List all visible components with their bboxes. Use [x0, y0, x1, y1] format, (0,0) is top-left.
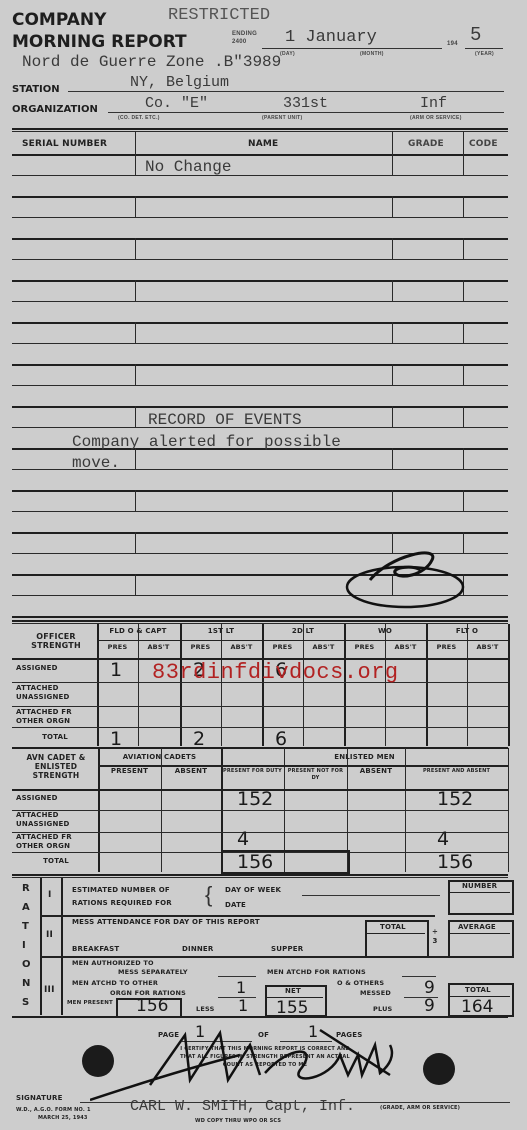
watermark: 83rdinfdivdocs.org: [152, 660, 399, 685]
form-title-company: COMPANY: [12, 10, 106, 30]
roster-column-divider: [392, 322, 393, 343]
officer-cell: 1: [110, 659, 122, 681]
total3-label: TOTAL: [465, 986, 491, 994]
organization-label: ORGANIZATION: [12, 104, 98, 115]
roster-column-divider: [135, 448, 136, 469]
officer-row-label: ATTACHED FR OTHER ORGN: [16, 708, 94, 726]
rations-day-of-week-label: DAY OF WEEK: [225, 886, 281, 894]
grade-sublabel: (GRADE, ARM OR SERVICE): [380, 1105, 460, 1112]
roster-header-rule: [12, 154, 508, 156]
roster-rule: [12, 490, 508, 492]
enlisted-cell: 4: [237, 828, 249, 850]
divide-by-three: ÷ 3: [431, 928, 439, 946]
form-id-1: W.D., A.G.O. FORM NO. 1: [16, 1107, 91, 1114]
rations-top-rule: [12, 874, 508, 876]
roster-rule: [12, 343, 508, 344]
rations-letter: I: [22, 940, 26, 951]
org-sublabel-company: (CO. DET. ETC.): [118, 115, 160, 121]
rations-sec2-rule: [40, 956, 508, 958]
average-label: AVERAGE: [458, 923, 496, 931]
roster-column-divider: [392, 406, 393, 427]
enlisted-cell: 152: [237, 788, 273, 810]
roster-column-divider: [463, 448, 464, 469]
roster-header-divider: [463, 132, 464, 154]
roster-rule: [12, 280, 508, 282]
officer-subcol: ABS'T: [138, 644, 179, 651]
morning-report-form: COMPANY MORNING REPORT RESTRICTED ENDING…: [0, 0, 527, 1130]
enlisted-strength-title: AVN CADET & ENLISTED STRENGTH: [14, 753, 98, 780]
roster-column-divider: [135, 154, 136, 175]
o-others-value: 9: [424, 978, 435, 998]
officer-subcol: PRES: [262, 644, 303, 651]
org-underline: [108, 112, 504, 113]
enlisted-col-header: PRESENT NOT FOR DY: [284, 768, 347, 782]
roster-column-divider: [392, 490, 393, 511]
signature-label: SIGNATURE: [16, 1094, 63, 1102]
handwritten-signature: [90, 1025, 420, 1105]
classification-stamp: RESTRICTED: [168, 6, 270, 25]
roster-rule: [12, 238, 508, 240]
roster-header-divider: [135, 132, 136, 154]
o-others-2: MESSED: [360, 990, 391, 997]
officer-row-label: TOTAL: [16, 733, 94, 742]
roster-top-rule: [12, 128, 508, 130]
officer-group-2: 2D LT: [262, 627, 344, 635]
roster-rule: [12, 259, 508, 260]
men-present-value: 156: [136, 996, 168, 1016]
enlisted-cell: 156: [437, 851, 473, 873]
rations-letter: T: [22, 921, 29, 932]
record-of-events-line1: Company alerted for possible: [72, 433, 341, 451]
binder-hole-right-icon: [423, 1053, 455, 1085]
atchd-other-1: MEN ATCHD TO OTHER: [72, 980, 158, 987]
roster-column-divider: [135, 532, 136, 553]
officer-row-label: ASSIGNED: [16, 664, 94, 673]
org-company: Co. "E": [145, 95, 208, 112]
officer-col-divider: [508, 624, 510, 746]
enlisted-row-label: ATTACHED UNASSIGNED: [16, 811, 96, 829]
enlisted-cell: 4: [437, 828, 449, 850]
roster-column-divider: [463, 238, 464, 259]
report-date: 1 January: [285, 28, 377, 47]
year-sublabel: (YEAR): [475, 51, 494, 57]
year-prefix: 194: [447, 41, 458, 47]
officer-group-3: WO: [344, 627, 426, 635]
roster-column-divider: [463, 364, 464, 385]
officer-subcol: PRES: [426, 644, 467, 651]
roster-column-divider: [463, 280, 464, 301]
roster-column-divider: [392, 364, 393, 385]
roster-rule: [12, 217, 508, 218]
station-underline: [68, 91, 504, 92]
atchd-other-underline: [218, 997, 256, 998]
roster-column-divider: [463, 322, 464, 343]
officer-strength-title: OFFICER STRENGTH: [20, 632, 92, 650]
roster-column-divider: [463, 196, 464, 217]
rations-sec3-num: III: [44, 985, 55, 995]
rations-divider-1: [40, 878, 42, 1015]
roster-rule: [12, 364, 508, 366]
officer-subcol: ABS'T: [467, 644, 508, 651]
roster-rule: [12, 322, 508, 324]
mess-separately-2: MESS SEPARATELY: [118, 969, 188, 976]
roster-column-divider: [135, 322, 136, 343]
col-name: NAME: [248, 139, 278, 149]
officer-subcol: PRES: [97, 644, 138, 651]
roster-column-divider: [392, 448, 393, 469]
report-year: 5: [470, 24, 481, 46]
roster-column-divider: [392, 196, 393, 217]
station-value: NY, Belgium: [130, 74, 229, 91]
rations-sec1-rule: [40, 915, 435, 917]
atchd-other-value: 1: [236, 978, 246, 997]
enlisted-col-header: PRESENT FOR DUTY: [221, 768, 284, 775]
signer-name: CARL W. SMITH, Capt, Inf.: [130, 1098, 355, 1115]
officer-group-rule: [97, 640, 508, 641]
copy-note: WD COPY THRU WPO OR SCS: [195, 1118, 281, 1125]
roster-rule: [12, 406, 508, 408]
rations-divider-2: [61, 878, 63, 1015]
men-atchd-for-rations-field[interactable]: [402, 976, 436, 977]
plus-label: PLUS: [373, 1006, 392, 1013]
mess-separately-1: MEN AUTHORIZED TO: [72, 960, 154, 967]
col-grade: GRADE: [408, 139, 444, 149]
less-value: 1: [238, 996, 248, 1015]
roster-column-divider: [135, 574, 136, 595]
roster-column-divider: [463, 154, 464, 175]
officer-subcol: ABS'T: [303, 644, 344, 651]
roster-column-divider: [135, 238, 136, 259]
rations-bottom-rule: [12, 1016, 508, 1018]
roster-column-divider: [135, 280, 136, 301]
rations-top-rule-2: [12, 877, 508, 878]
year-underline: [465, 48, 503, 49]
roster-top-rule-2: [12, 131, 508, 132]
org-sublabel-arm: (ARM OR SERVICE): [410, 115, 462, 121]
col-serial-number: SERIAL NUMBER: [22, 139, 107, 149]
roster-column-divider: [463, 490, 464, 511]
station-label: STATION: [12, 84, 60, 95]
roster-column-divider: [135, 490, 136, 511]
enlisted-cell: 152: [437, 788, 473, 810]
rations-sec1-num: I: [48, 890, 52, 900]
officer-group-4: FLT O: [426, 627, 508, 635]
roster-column-divider: [392, 154, 393, 175]
officer-group-1: 1ST LT: [180, 627, 262, 635]
officer-top-rule: [12, 620, 508, 622]
enlisted-total-box: [221, 850, 350, 874]
month-sublabel: (MONTH): [360, 51, 384, 57]
record-of-events-line2: move.: [72, 454, 120, 472]
org-arm: Inf: [420, 95, 447, 112]
enlisted-row-label: ATTACHED FR OTHER ORGN: [16, 833, 96, 851]
aviation-cadets-label: AVIATION CADETS: [98, 753, 221, 761]
brace-icon: {: [205, 882, 212, 908]
day-sublabel: (DAY): [280, 51, 295, 57]
enlisted-group-rule: [98, 765, 508, 767]
rations-letter: S: [22, 997, 29, 1008]
officer-row-rule: [12, 706, 508, 707]
location-line: Nord de Guerre Zone .B"3989: [22, 53, 281, 71]
roster-rule: [12, 532, 508, 534]
rations-letter: N: [22, 978, 31, 989]
roster-column-divider: [392, 238, 393, 259]
rations-sec1-text2: RATIONS REQUIRED FOR: [72, 899, 172, 907]
enlisted-row-label: TOTAL: [16, 857, 96, 866]
record-of-events-heading: RECORD OF EVENTS: [148, 411, 302, 429]
average-rule: [450, 933, 510, 934]
org-sublabel-parent: (PARENT UNIT): [262, 115, 302, 121]
enlisted-col-header: PRESENT: [98, 768, 161, 775]
officer-top-rule-2: [12, 623, 508, 624]
officer-subcol: ABS'T: [385, 644, 426, 651]
enlisted-row-label: ASSIGNED: [16, 794, 96, 803]
form-title-morning-report: MORNING REPORT: [12, 32, 187, 52]
form-id-2: MARCH 25, 1943: [38, 1115, 88, 1122]
roster-rule: [12, 175, 508, 176]
enlisted-col-header: ABSENT: [347, 768, 405, 775]
officer-subcol: ABS'T: [221, 644, 262, 651]
o-others-1: O & OTHERS: [337, 980, 384, 987]
org-parent-unit: 331st: [283, 95, 328, 112]
net-value: 155: [276, 998, 308, 1018]
supper-label: SUPPER: [271, 945, 303, 953]
roster-first-entry: No Change: [145, 158, 231, 176]
roster-header-divider: [392, 132, 393, 154]
rations-date-label: DATE: [225, 901, 246, 909]
handwritten-scribble-mark: [340, 545, 470, 615]
officer-row-label: ATTACHED UNASSIGNED: [16, 684, 94, 702]
roster-rule: [12, 301, 508, 302]
enlisted-col-header: ABSENT: [161, 768, 221, 775]
men-present-label: MEN PRESENT: [66, 1000, 114, 1007]
rations-number-label: NUMBER: [462, 882, 497, 890]
enlisted-col-header: PRESENT AND ABSENT: [405, 768, 508, 775]
enlisted-men-label: ENLISTED MEN: [221, 753, 508, 761]
number-box-rule: [450, 892, 510, 893]
mess-attendance-title: MESS ATTENDANCE FOR DAY OF THIS REPORT: [72, 918, 260, 926]
rations-letter: R: [22, 883, 30, 894]
col-code: CODE: [469, 139, 498, 149]
day-of-week-field[interactable]: [302, 895, 440, 896]
total3-value: 164: [461, 997, 493, 1017]
roster-column-divider: [135, 406, 136, 427]
mess-total-label: TOTAL: [380, 923, 406, 931]
roster-rule: [12, 385, 508, 386]
dinner-label: DINNER: [182, 945, 214, 953]
enlisted-top-rule: [12, 747, 508, 749]
rations-sec2-num: II: [46, 930, 53, 940]
ending-label: ENDING 2400: [232, 30, 254, 46]
roster-rule: [12, 511, 508, 512]
roster-column-divider: [135, 364, 136, 385]
mess-separately-field[interactable]: [218, 976, 256, 977]
breakfast-label: BREAKFAST: [72, 945, 119, 953]
roster-column-divider: [135, 196, 136, 217]
roster-rule: [12, 196, 508, 198]
roster-rule: [12, 616, 508, 618]
rations-sec1-text1: ESTIMATED NUMBER OF: [72, 886, 170, 894]
net-label: NET: [285, 987, 301, 995]
rations-letter: A: [22, 902, 30, 913]
officer-row-rule: [12, 727, 508, 728]
mess-total-rule: [367, 933, 425, 934]
date-underline: [262, 48, 442, 49]
less-label: LESS: [196, 1006, 214, 1013]
officer-subcol: PRES: [344, 644, 385, 651]
officer-group-0: FLD O & CAPT: [97, 627, 179, 635]
enlisted-col-divider: [508, 748, 509, 872]
plus-value: 9: [424, 996, 435, 1016]
roster-column-divider: [392, 280, 393, 301]
rations-letter: O: [22, 959, 31, 970]
officer-subcol: PRES: [180, 644, 221, 651]
roster-column-divider: [463, 406, 464, 427]
men-atchd-for-rations-label: MEN ATCHD FOR RATIONS: [267, 969, 366, 976]
